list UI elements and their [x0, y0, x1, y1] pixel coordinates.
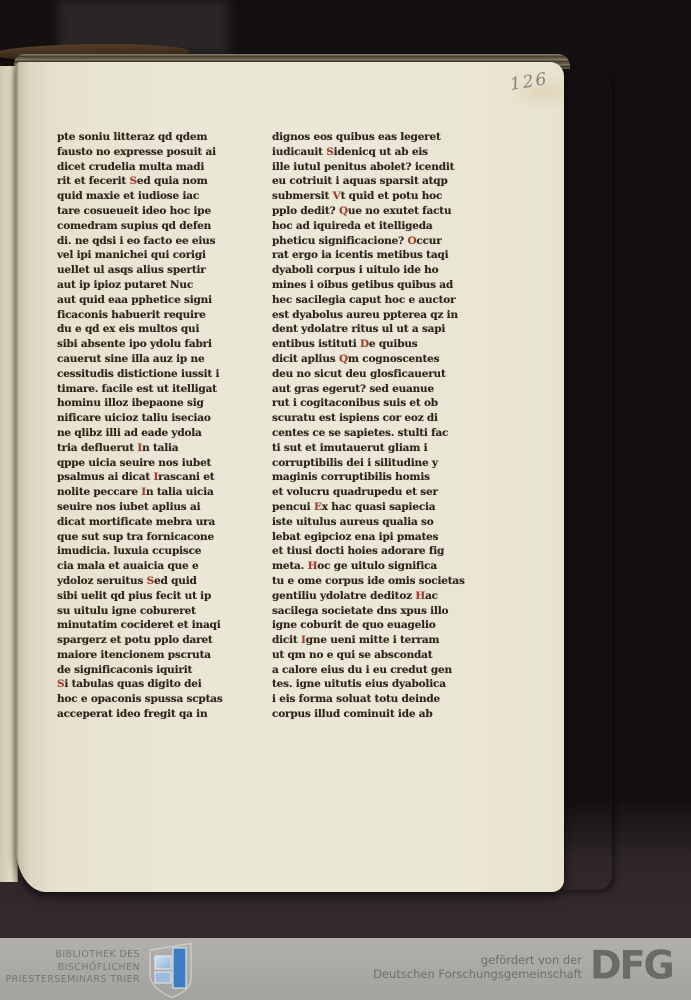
manuscript-line: maiore itencionem pscruta [57, 648, 265, 663]
manuscript-line: maginis corruptibilis homis [272, 470, 490, 485]
manuscript-line: seuire nos iubet aplius ai [57, 500, 265, 515]
manuscript-line: hominu illoz ibepaone sig [57, 396, 265, 411]
funding-credit-line2: Deutschen Forschungsgemeinschaft [372, 967, 582, 981]
manuscript-line: hoc ad iquireda et itelligeda [272, 219, 490, 234]
manuscript-line: pte soniu litteraz qd qdem [57, 130, 265, 145]
shield-cross-icon [146, 941, 196, 999]
rubric-initial: S [147, 575, 154, 587]
manuscript-line: comedram supius qd defen [57, 219, 265, 234]
manuscript-line: a calore eius du i eu credut gen [272, 663, 490, 678]
manuscript-line: psalmus ai dicat Irascani et [57, 470, 265, 485]
manuscript-line: rit et fecerit Sed quia nom [57, 174, 265, 189]
manuscript-line: tria defluerut In talia [57, 441, 265, 456]
manuscript-line: aut gras egerut? sed euanue [272, 382, 490, 397]
manuscript-line: dicit aplius Qm cognoscentes [272, 352, 490, 367]
manuscript-page: 126 pte soniu litteraz qd qdemfausto no … [16, 62, 564, 892]
manuscript-line: iste uitulus aureus qualia so [272, 515, 490, 530]
manuscript-line: vel ipi manichei qui corigi [57, 248, 265, 263]
manuscript-line: ydoloz seruitus Sed quid [57, 574, 265, 589]
folio-number: 126 [509, 69, 550, 95]
manuscript-line: nolite peccare In talia uicia [57, 485, 265, 500]
funding-credit: gefördert von der Deutschen Forschungsge… [372, 953, 582, 981]
manuscript-line: sacilega societate dns xpus illo [272, 604, 490, 619]
rubric-initial: Q [339, 353, 348, 365]
manuscript-line: de significaconis iquirit [57, 663, 265, 678]
page-stack-right-edges [560, 68, 612, 890]
manuscript-line: corpus illud cominuit ide ab [272, 707, 490, 722]
manuscript-line: nificare uicioz taliu iseciao [57, 411, 265, 426]
manuscript-line: Si tabulas quas digito dei [57, 677, 265, 692]
manuscript-line: ti sut et imutauerut gliam i [272, 441, 490, 456]
manuscript-line: cauerut sine illa auz ip ne [57, 352, 265, 367]
manuscript-line: eu cotriuit i aquas sparsit atqp [272, 174, 490, 189]
library-shield-logo [146, 941, 196, 1000]
manuscript-line: ne qlibz illi ad eade ydola [57, 426, 265, 441]
manuscript-line: igne coburit de quo euagelio [272, 618, 490, 633]
manuscript-line: imudicia. luxuia ccupisce [57, 544, 265, 559]
manuscript-line: pheticu significacione? Occur [272, 234, 490, 249]
manuscript-line: acceperat ideo fregit qa in [57, 707, 265, 722]
library-name: BIBLIOTHEK DES BISCHÖFLICHEN PRIESTERSEM… [4, 949, 140, 987]
manuscript-line: gentiliu ydolatre deditoz Hac [272, 589, 490, 604]
manuscript-line: tare cosueueit ideo hoc ipe [57, 204, 265, 219]
manuscript-line: hec sacilegia caput hoc e auctor [272, 293, 490, 308]
library-name-line3: PRIESTERSEMINARS TRIER [4, 974, 140, 987]
manuscript-line: que sut sup tra fornicacone [57, 530, 265, 545]
manuscript-line: timare. facile est ut itelligat [57, 382, 265, 397]
dfg-logo: DFG [590, 943, 686, 988]
manuscript-line: fausto no expresse posuit ai [57, 145, 265, 160]
manuscript-line: uellet ul asqs alius spertir [57, 263, 265, 278]
text-column-left: pte soniu litteraz qd qdemfausto no expr… [57, 130, 265, 722]
rubric-initial: D [360, 338, 369, 350]
manuscript-line: et tiusi docti hoies adorare fig [272, 544, 490, 559]
rubric-initial: S [326, 146, 333, 158]
funding-credit-line1: gefördert von der [372, 953, 582, 967]
manuscript-line: tes. igne uitutis eius dyabolica [272, 677, 490, 692]
manuscript-line: aut ip ipioz putaret Nuc [57, 278, 265, 293]
manuscript-line: submersit Vt quid et potu hoc [272, 189, 490, 204]
manuscript-line: dyaboli corpus i uitulo ide ho [272, 263, 490, 278]
manuscript-line: lebat egipcioz ena ipi pmates [272, 530, 490, 545]
manuscript-line: est dyabolus aureu ppterea qz in [272, 308, 490, 323]
rubric-initial: H [415, 590, 425, 602]
manuscript-line: ille iutul penitus abolet? icendit [272, 160, 490, 175]
manuscript-line: dicet crudelia multa madi [57, 160, 265, 175]
manuscript-line: corruptibilis dei i silitudine y [272, 456, 490, 471]
rubric-initial: E [314, 501, 322, 513]
manuscript-line: dicat mortificate mebra ura [57, 515, 265, 530]
manuscript-line: spargerz et potu pplo daret [57, 633, 265, 648]
library-name-line1: BIBLIOTHEK DES [4, 949, 140, 962]
manuscript-line: rat ergo ia icentis metibus taqi [272, 248, 490, 263]
rubric-initial: V [333, 190, 341, 202]
manuscript-line: dignos eos quibus eas legeret [272, 130, 490, 145]
manuscript-line: rut i cogitaconibus suis et ob [272, 396, 490, 411]
manuscript-line: pplo dedit? Que no exutet factu [272, 204, 490, 219]
manuscript-line: centes ce se sapietes. stulti fac [272, 426, 490, 441]
manuscript-line: pencui Ex hac quasi sapiecia [272, 500, 490, 515]
manuscript-line: su uitulu igne cobureret [57, 604, 265, 619]
rubric-initial: Q [339, 205, 348, 217]
text-column-right: dignos eos quibus eas legeretiudicauit S… [272, 130, 490, 722]
manuscript-line: qppe uicia seuire nos iubet [57, 456, 265, 471]
manuscript-line: du e qd ex eis multos qui [57, 322, 265, 337]
manuscript-line: ut qm no e qui se abscondat [272, 648, 490, 663]
manuscript-line: i eis forma soluat totu deinde [272, 692, 490, 707]
manuscript-line: quid maxie et iudiose iac [57, 189, 265, 204]
manuscript-line: sibi absente ipo ydolu fabri [57, 337, 265, 352]
manuscript-line: cia mala et auaicia que e [57, 559, 265, 574]
manuscript-line: dicit Igne ueni mitte i terram [272, 633, 490, 648]
manuscript-line: scuratu est ispiens cor eoz di [272, 411, 490, 426]
manuscript-line: ficaconis habuerit require [57, 308, 265, 323]
library-name-line2: BISCHÖFLICHEN [4, 962, 140, 975]
manuscript-line: dent ydolatre ritus ul ut a sapi [272, 322, 490, 337]
manuscript-line: minutatim cocideret et inaqi [57, 618, 265, 633]
manuscript-line: entibus istituti De quibus [272, 337, 490, 352]
manuscript-line: sibi uelit qd pius fecit ut ip [57, 589, 265, 604]
manuscript-line: iudicauit Sidenicq ut ab eis [272, 145, 490, 160]
manuscript-line: aut quid eaa pphetice signi [57, 293, 265, 308]
manuscript-line: hoc e opaconis spussa scptas [57, 692, 265, 707]
manuscript-line: meta. Hoc ge uitulo significa [272, 559, 490, 574]
rubric-initial: H [308, 560, 318, 572]
digitization-banner: BIBLIOTHEK DES BISCHÖFLICHEN PRIESTERSEM… [0, 938, 691, 1000]
manuscript-line: tu e ome corpus ide omis societas [272, 574, 490, 589]
manuscript-line: deu no sicut deu glosficauerut [272, 367, 490, 382]
manuscript-line: et volucru quadrupedu et ser [272, 485, 490, 500]
manuscript-line: mines i oibus getibus quibus ad [272, 278, 490, 293]
manuscript-line: di. ne qdsi i eo facto ee eius [57, 234, 265, 249]
manuscript-line: cessitudis distictione iussit i [57, 367, 265, 382]
rubric-initial: S [130, 175, 137, 187]
